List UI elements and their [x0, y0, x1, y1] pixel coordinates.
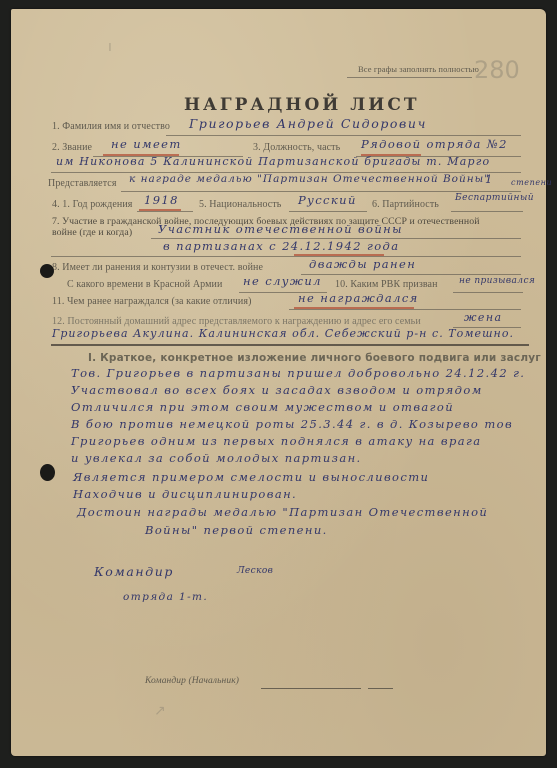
narrative-line: Войны" первой степени.: [145, 523, 328, 537]
field-party-line: [451, 211, 523, 212]
field-name-line: [166, 135, 521, 136]
field-party-label: 6. Партийность: [372, 199, 439, 210]
field-war-participation-value-2: в партизанах с 24.12.1942 года: [163, 239, 399, 253]
narrative-line: Участвовал во всех боях и засадах взводо…: [71, 383, 483, 397]
field-prior-awards-label: 11. Чем ранее награждался (за какие отли…: [52, 296, 252, 307]
award-sheet-page: ı 280 Все графы заполнять полностью НАГР…: [11, 9, 546, 756]
header-note: Все графы заполнять полностью: [358, 64, 479, 74]
presented-label: Представляется: [48, 178, 117, 189]
field-address-label: 12. Постоянный домашний адрес представля…: [52, 316, 421, 327]
field-birth-year-value: 1918: [144, 193, 179, 207]
signature-role-1: Командир: [94, 564, 174, 579]
field-war-participation-value-1: Участник отечественной войны: [158, 222, 403, 236]
field-prior-awards-line: [289, 309, 521, 310]
field-war-line-2: [51, 256, 521, 257]
narrative-line: В бою против немецкой роты 25.3.44 г. в …: [71, 417, 513, 431]
narrative-heading: I. Краткое, конкретное изложение личного…: [88, 352, 541, 364]
punch-hole: [40, 464, 55, 481]
narrative-line: Достоин награды медалью "Партизан Отечес…: [77, 505, 488, 519]
field-rvk-label: 10. Каким РВК призван: [335, 279, 438, 290]
narrative-line: Тов. Григорьев в партизаны пришел добров…: [71, 366, 525, 380]
commander-label: Командир (Начальник): [145, 676, 239, 686]
field-nationality-value: Русский: [298, 193, 357, 207]
archive-mark: 280: [474, 56, 520, 84]
field-wounds-line: [301, 274, 521, 275]
field-nationality-label: 5. Национальность: [199, 199, 281, 210]
field-rvk-value: не призывался: [459, 276, 535, 286]
punch-hole: [40, 264, 54, 278]
presented-degree: 1: [485, 172, 494, 186]
pencil-mark: ı: [108, 39, 112, 55]
field-position-value: Рядовой отряда №2: [361, 137, 508, 151]
field-party-value: Беспартийный: [455, 193, 534, 203]
narrative-line: Григорьев одним из первых поднялся в ата…: [71, 434, 481, 448]
pencil-arrow-mark: ↗: [154, 703, 166, 719]
field-wounds-label: 8. Имеет ли ранения и контузии в отечест…: [52, 262, 263, 273]
commander-signature-line-2: [368, 688, 393, 689]
field-name-value: Григорьев Андрей Сидорович: [189, 116, 427, 131]
field-address-value: жена: [464, 311, 502, 324]
field-position-label: 3. Должность, часть: [253, 142, 340, 153]
field-rank-value: не имеет: [111, 137, 182, 151]
presented-degree-word: степени: [511, 178, 552, 187]
header-note-underline: [347, 77, 472, 78]
signature-mark: Лесков: [237, 566, 273, 576]
field-war-participation-label-2: войне (где и когда): [52, 227, 132, 238]
document-title: НАГРАДНОЙ ЛИСТ: [184, 95, 420, 115]
field-wounds-value: дважды ранен: [309, 257, 416, 271]
field-address-continued: Григорьева Акулина. Калининская обл. Себ…: [52, 327, 514, 340]
narrative-line: и увлекал за собой молодых партизан.: [71, 451, 362, 465]
field-rank-label: 2. Звание: [52, 142, 92, 153]
field-name-label: 1. Фамилия имя и отчество: [52, 121, 170, 132]
field-rvk-line: [453, 292, 523, 293]
narrative-line: Находчив и дисциплинирован.: [73, 487, 297, 501]
field-army-since-label: С какого времени в Красной Армии: [67, 279, 222, 290]
field-birth-year-label: 4. 1. Год рождения: [52, 199, 133, 210]
signature-role-2: отряда 1-т.: [123, 591, 208, 603]
presented-value: к награде медалью "Партизан Отечественно…: [129, 173, 490, 185]
narrative-line: Отличился при этом своим мужеством и отв…: [71, 400, 454, 414]
field-prior-awards-value: не награждался: [298, 291, 419, 305]
section-divider: [51, 344, 529, 346]
commander-signature-line: [261, 688, 361, 689]
field-birth-year-line: [137, 211, 193, 212]
presented-line: [121, 191, 521, 192]
field-position-continued: им Никонова 5 Калининской Партизанской б…: [56, 155, 490, 168]
field-nationality-line: [289, 211, 367, 212]
narrative-line: Является примером смелости и выносливост…: [73, 470, 429, 484]
field-army-since-value: не служил: [243, 274, 322, 288]
